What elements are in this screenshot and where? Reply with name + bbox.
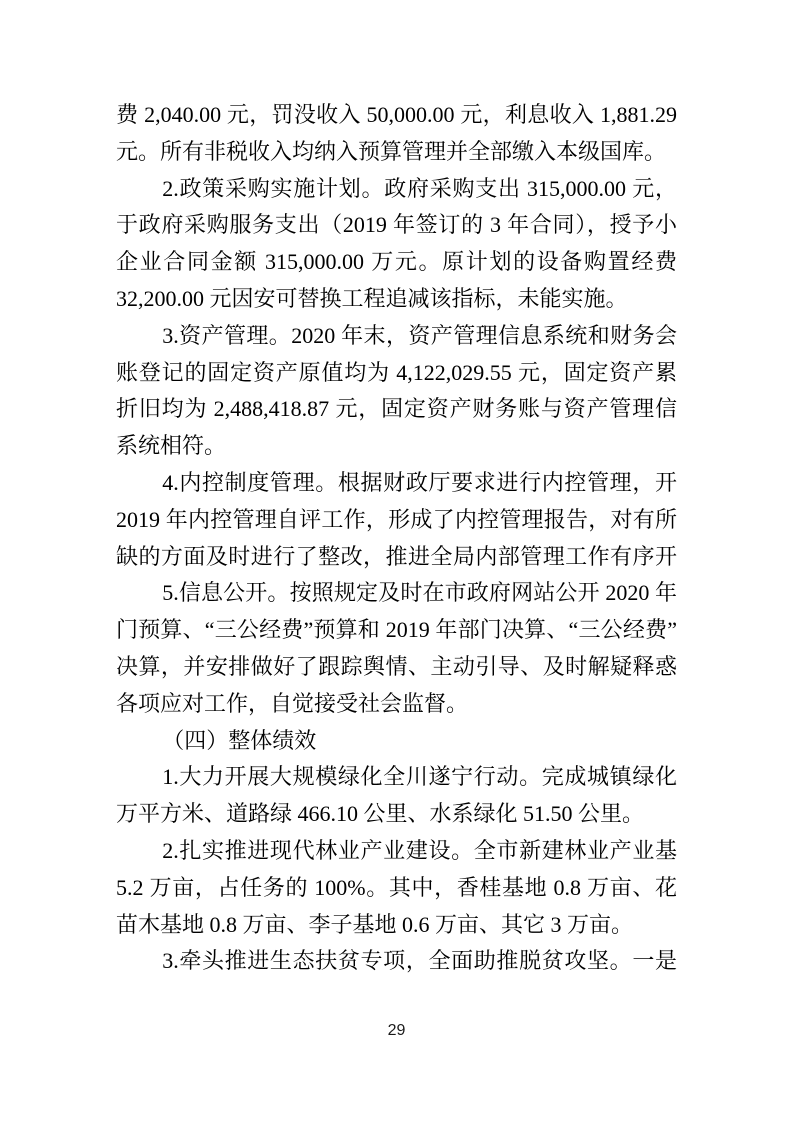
page-number: 29	[388, 1022, 406, 1039]
text-line: 32,200.00 元因安可替换工程追减该指标，未能实施。	[116, 281, 677, 318]
text-line: 2.政策采购实施计划。政府采购支出 315,000.00 元，属	[116, 171, 677, 208]
text-line: 费 2,040.00 元，罚没收入 50,000.00 元，利息收入 1,881…	[116, 97, 677, 134]
text-line: 元。所有非税收入均纳入预算管理并全部缴入本级国库。	[116, 134, 677, 171]
text-line: 2019 年内控管理自评工作，形成了内控管理报告，对有所欠	[116, 502, 677, 539]
text-body: 费 2,040.00 元，罚没收入 50,000.00 元，利息收入 1,881…	[116, 97, 677, 980]
text-line: 3.资产管理。2020 年末，资产管理信息系统和财务会计	[116, 318, 677, 355]
text-line: 5.信息公开。按照规定及时在市政府网站公开 2020 年部	[116, 575, 677, 612]
text-line: 决算，并安排做好了跟踪舆情、主动引导、及时解疑释惑的	[116, 649, 677, 686]
text-line: 万平方米、道路绿 466.10 公里、水系绿化 51.50 公里。	[116, 796, 677, 833]
text-line: 企业合同金额 315,000.00 万元。原计划的设备购置经费	[116, 244, 677, 281]
text-line: 5.2 万亩，占任务的 100%。其中，香桂基地 0.8 万亩、花卉	[116, 870, 677, 907]
text-line: 1.大力开展大规模绿化全川遂宁行动。完成城镇绿化 133	[116, 759, 677, 796]
text-line: 3.牵头推进生态扶贫专项，全面助推脱贫攻坚。一是生	[116, 943, 677, 980]
text-line: 系统相符。	[116, 428, 677, 465]
text-line: 苗木基地 0.8 万亩、李子基地 0.6 万亩、其它 3 万亩。	[116, 907, 677, 944]
text-line: 各项应对工作，自觉接受社会监督。	[116, 686, 677, 723]
text-line: 账登记的固定资产原值均为 4,122,029.55 元，固定资产累计	[116, 355, 677, 392]
text-line: 折旧均为 2,488,418.87 元，固定资产财务账与资产管理信息	[116, 391, 677, 428]
text-line: 4.内控制度管理。根据财政厅要求进行内控管理，开展	[116, 465, 677, 502]
text-line: 于政府采购服务支出（2019 年签订的 3 年合同），授予小微	[116, 207, 677, 244]
page-footer: 29	[0, 1022, 793, 1040]
text-line: 门预算、“三公经费”预算和 2019 年部门决算、“三公经费”	[116, 612, 677, 649]
document-page: 费 2,040.00 元，罚没收入 50,000.00 元，利息收入 1,881…	[0, 0, 793, 1122]
section-heading: （四）整体绩效	[116, 723, 677, 760]
text-line: 缺的方面及时进行了整改，推进全局内部管理工作有序开展。	[116, 539, 677, 576]
text-line: 2.扎实推进现代林业产业建设。全市新建林业产业基地	[116, 833, 677, 870]
